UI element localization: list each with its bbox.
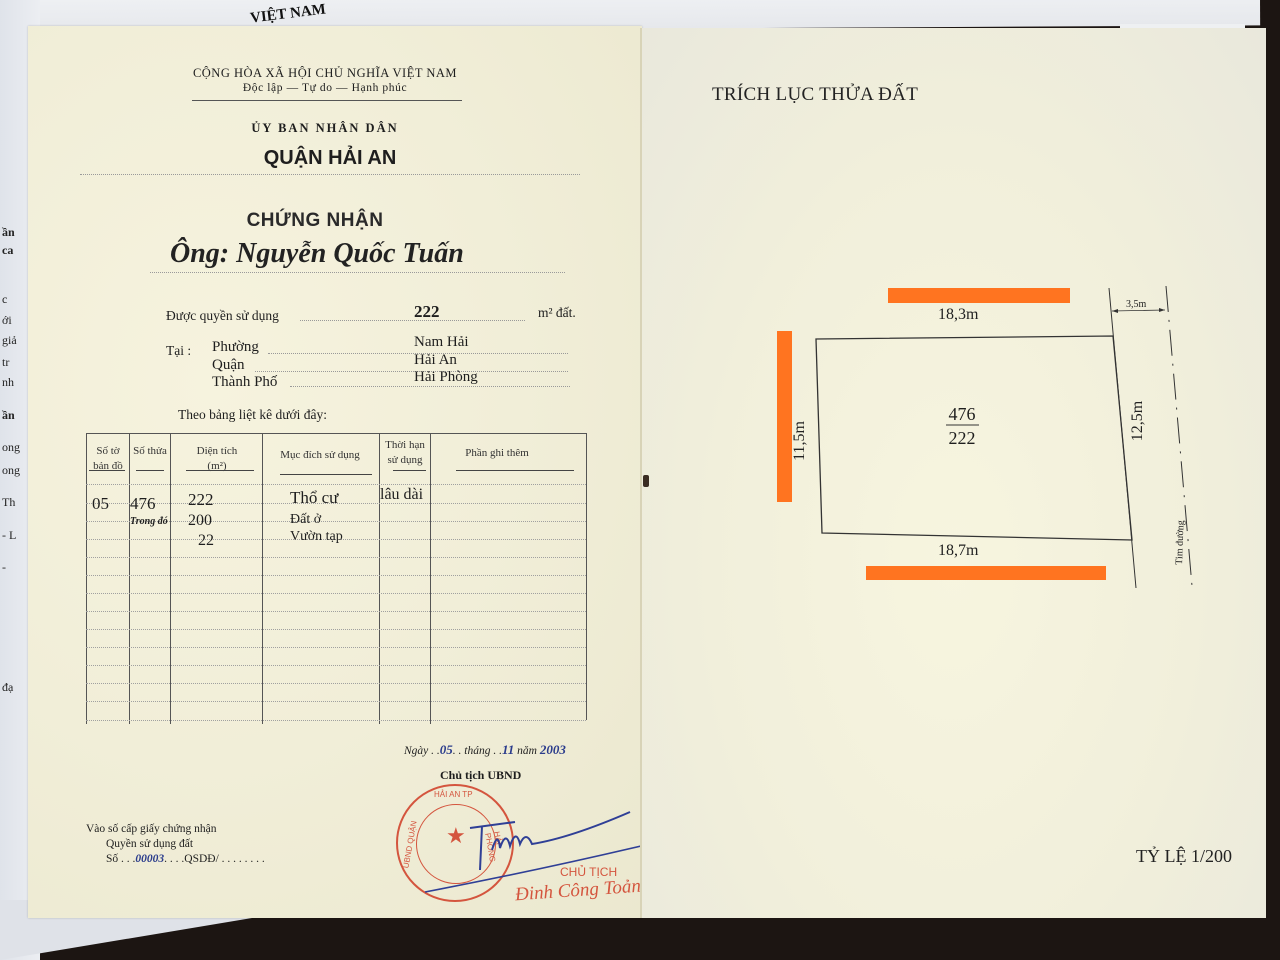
parcel-area: 222 <box>937 428 987 449</box>
dimension-bottom: 18,7m <box>938 542 978 560</box>
district-heading: QUẬN HẢI AN <box>150 147 510 170</box>
register-entry: Vào số cấp giấy chứng nhận Quyền sử dụng… <box>86 822 265 867</box>
header-divider <box>192 100 462 101</box>
header-notes: Phần ghi thêm <box>432 446 562 461</box>
city-label: Thành Phố <box>212 374 277 391</box>
cell-purpose: Thổ cư <box>290 488 338 508</box>
cell-area: 22 <box>198 532 214 550</box>
district-value: Hải An <box>414 352 457 369</box>
header-parcel-no: Số thửa <box>132 444 168 459</box>
owner-name: Ông: Nguyễn Quốc Tuấn <box>170 238 464 270</box>
dotted-divider <box>150 272 565 273</box>
header-purpose: Mục đích sử dụng <box>264 448 376 463</box>
date-day: 05 <box>440 742 453 757</box>
national-motto: Độc lập — Tự do — Hạnh phúc <box>150 82 500 94</box>
cell-duration: lâu dài <box>380 486 423 504</box>
cell-parcel-note: Trong đó <box>130 516 168 527</box>
district-label: Quận <box>212 357 245 374</box>
issue-date: Ngày . .05. . tháng . .11 năm 2003 <box>404 742 566 758</box>
dotted-divider <box>80 174 580 175</box>
register-line-1: Vào số cấp giấy chứng nhận <box>86 822 265 837</box>
table-intro: Theo bảng liệt kê dưới đây: <box>178 407 327 423</box>
dimension-right: 12,5m <box>1129 401 1147 441</box>
dimension-left: 11,5m <box>791 421 809 461</box>
land-parcel-table: Số tờ bản đồ Số thửa Diện tích (m²) Mục … <box>86 433 587 720</box>
parcel-number: 476 <box>937 404 987 425</box>
date-month: 11 <box>502 742 514 757</box>
extract-title: TRÍCH LỤC THỬA ĐẤT <box>712 84 918 106</box>
signer-role: Chủ tịch UBND <box>440 768 521 783</box>
cell-parcel: 476 <box>130 494 156 514</box>
register-line-2: Quyền sử dụng đất <box>86 837 265 852</box>
redaction-bar-top <box>888 288 1070 303</box>
cell-area: 222 <box>188 490 214 510</box>
certificate-title: CHỨNG NHẬN <box>150 210 480 232</box>
map-scale: TỶ LỆ 1/200 <box>1136 846 1232 867</box>
dimension-top: 18,3m <box>938 306 978 324</box>
dotted-line <box>300 320 525 321</box>
dotted-line <box>255 371 568 372</box>
road-center-label: Tim đường <box>1174 520 1187 565</box>
usage-area-unit: m² đất. <box>538 305 576 321</box>
register-number: Số . . .00003. . . .QSDĐ/ . . . . . . . … <box>86 852 265 867</box>
redaction-bar-bottom <box>866 566 1106 580</box>
committee-heading: ỦY BAN NHÂN DÂN <box>150 121 500 136</box>
ward-value: Nam Hải <box>414 334 469 351</box>
booklet-spine <box>640 28 642 918</box>
redaction-bar-left <box>777 331 792 502</box>
cell-map-sheet: 05 <box>92 494 109 514</box>
date-year: 2003 <box>540 742 566 757</box>
dotted-line <box>290 386 570 387</box>
cell-area: 200 <box>188 512 212 530</box>
header-duration: Thời hạn sử dụng <box>380 438 430 468</box>
location-label: Tại : <box>166 343 191 359</box>
ward-label: Phường <box>212 339 259 356</box>
cell-purpose: Đất ở <box>290 512 321 528</box>
usage-right-label: Được quyền sử dụng <box>166 308 279 324</box>
cell-purpose: Vườn tạp <box>290 529 343 545</box>
staple-hole <box>643 475 649 487</box>
republic-heading: CỘNG HÒA XÃ HỘI CHỦ NGHĨA VIỆT NAM <box>150 66 500 81</box>
city-value: Hải Phòng <box>414 369 478 386</box>
usage-area-value: 222 <box>414 302 440 322</box>
dimension-road-offset: 3,5m <box>1126 299 1146 310</box>
